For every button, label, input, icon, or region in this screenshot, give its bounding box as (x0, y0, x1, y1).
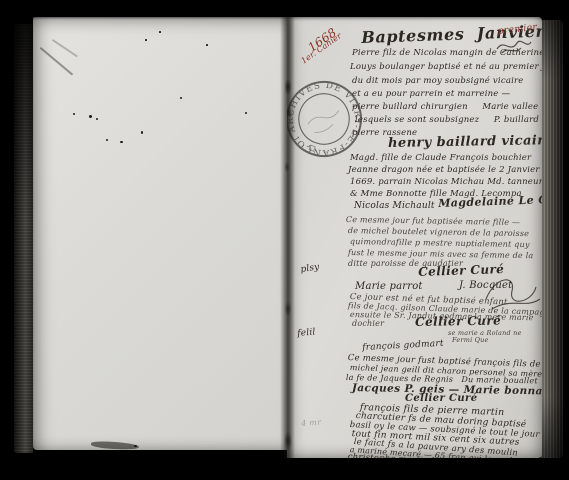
manuscript-line: dochier (352, 320, 384, 328)
ink-speck (245, 112, 247, 114)
signature-line: henry baillard vicaire (388, 134, 542, 150)
manuscript-line: quimondrafille p mestre nuptialement quy (350, 238, 530, 249)
margin-note: felil (297, 328, 316, 339)
manuscript-line: 1669. parrain Nicolas Michau Md. tanneur (350, 178, 542, 187)
ink-speck (180, 97, 182, 99)
ink-speck (120, 141, 123, 143)
signature-line: Nicolas Michault (354, 202, 435, 211)
signature-line: Marie parrot (355, 282, 423, 292)
manuscript-line: du dit mois par moy soubsigné vicaire (352, 77, 524, 86)
manuscript-scan: 1668 1er. Cahier Baptesmes Janvier. prem… (0, 0, 569, 480)
signature-line: Cellier Curé (405, 394, 478, 404)
manuscript-line: pierre buillard chirurgien Marie vallee (352, 103, 538, 112)
book-left-edge (14, 24, 33, 453)
paper-crease (52, 39, 78, 57)
manuscript-line: Louys boulanger baptisé et né au premier… (350, 63, 542, 72)
ink-speck (159, 31, 161, 33)
right-page: 1668 1er. Cahier Baptesmes Janvier. prem… (287, 17, 542, 458)
ink-speck (145, 39, 147, 41)
manuscript-line: Magd. fille de Claude François bouchier (350, 154, 531, 163)
book-spine-fold (280, 17, 295, 458)
ink-speck (206, 44, 208, 46)
manuscript-line: et a eu pour parrein et marreine — (352, 90, 510, 99)
ink-speck (106, 139, 108, 141)
manuscript-line: Ce mesme jour fut baptisée marie fille — (346, 216, 520, 227)
ink-speck (141, 131, 143, 134)
manuscript-line: Pierre filz de Nicolas mangin de Catheri… (352, 49, 542, 58)
manuscript-line: lesquels se sont soubsignez P. buillard (355, 116, 539, 125)
ink-speck (96, 118, 98, 120)
ink-speck (89, 115, 92, 118)
ink-speck (73, 113, 75, 115)
book-page-stack-edge (541, 20, 563, 458)
margin-note: 4 mr (301, 419, 321, 428)
margin-note: plsy (300, 263, 320, 275)
manuscript-line: Fermi Que (452, 337, 489, 344)
signature-line: Cellier Curé (415, 314, 501, 327)
manuscript-line: Jeanne dragon née et baptisée le 2 Janvi… (348, 166, 540, 175)
left-page (33, 17, 287, 450)
corner-fold-mark (91, 441, 139, 451)
manuscript-line: françois godmart (362, 340, 444, 353)
signature-line: Magdelaine Le Conte (438, 193, 542, 209)
